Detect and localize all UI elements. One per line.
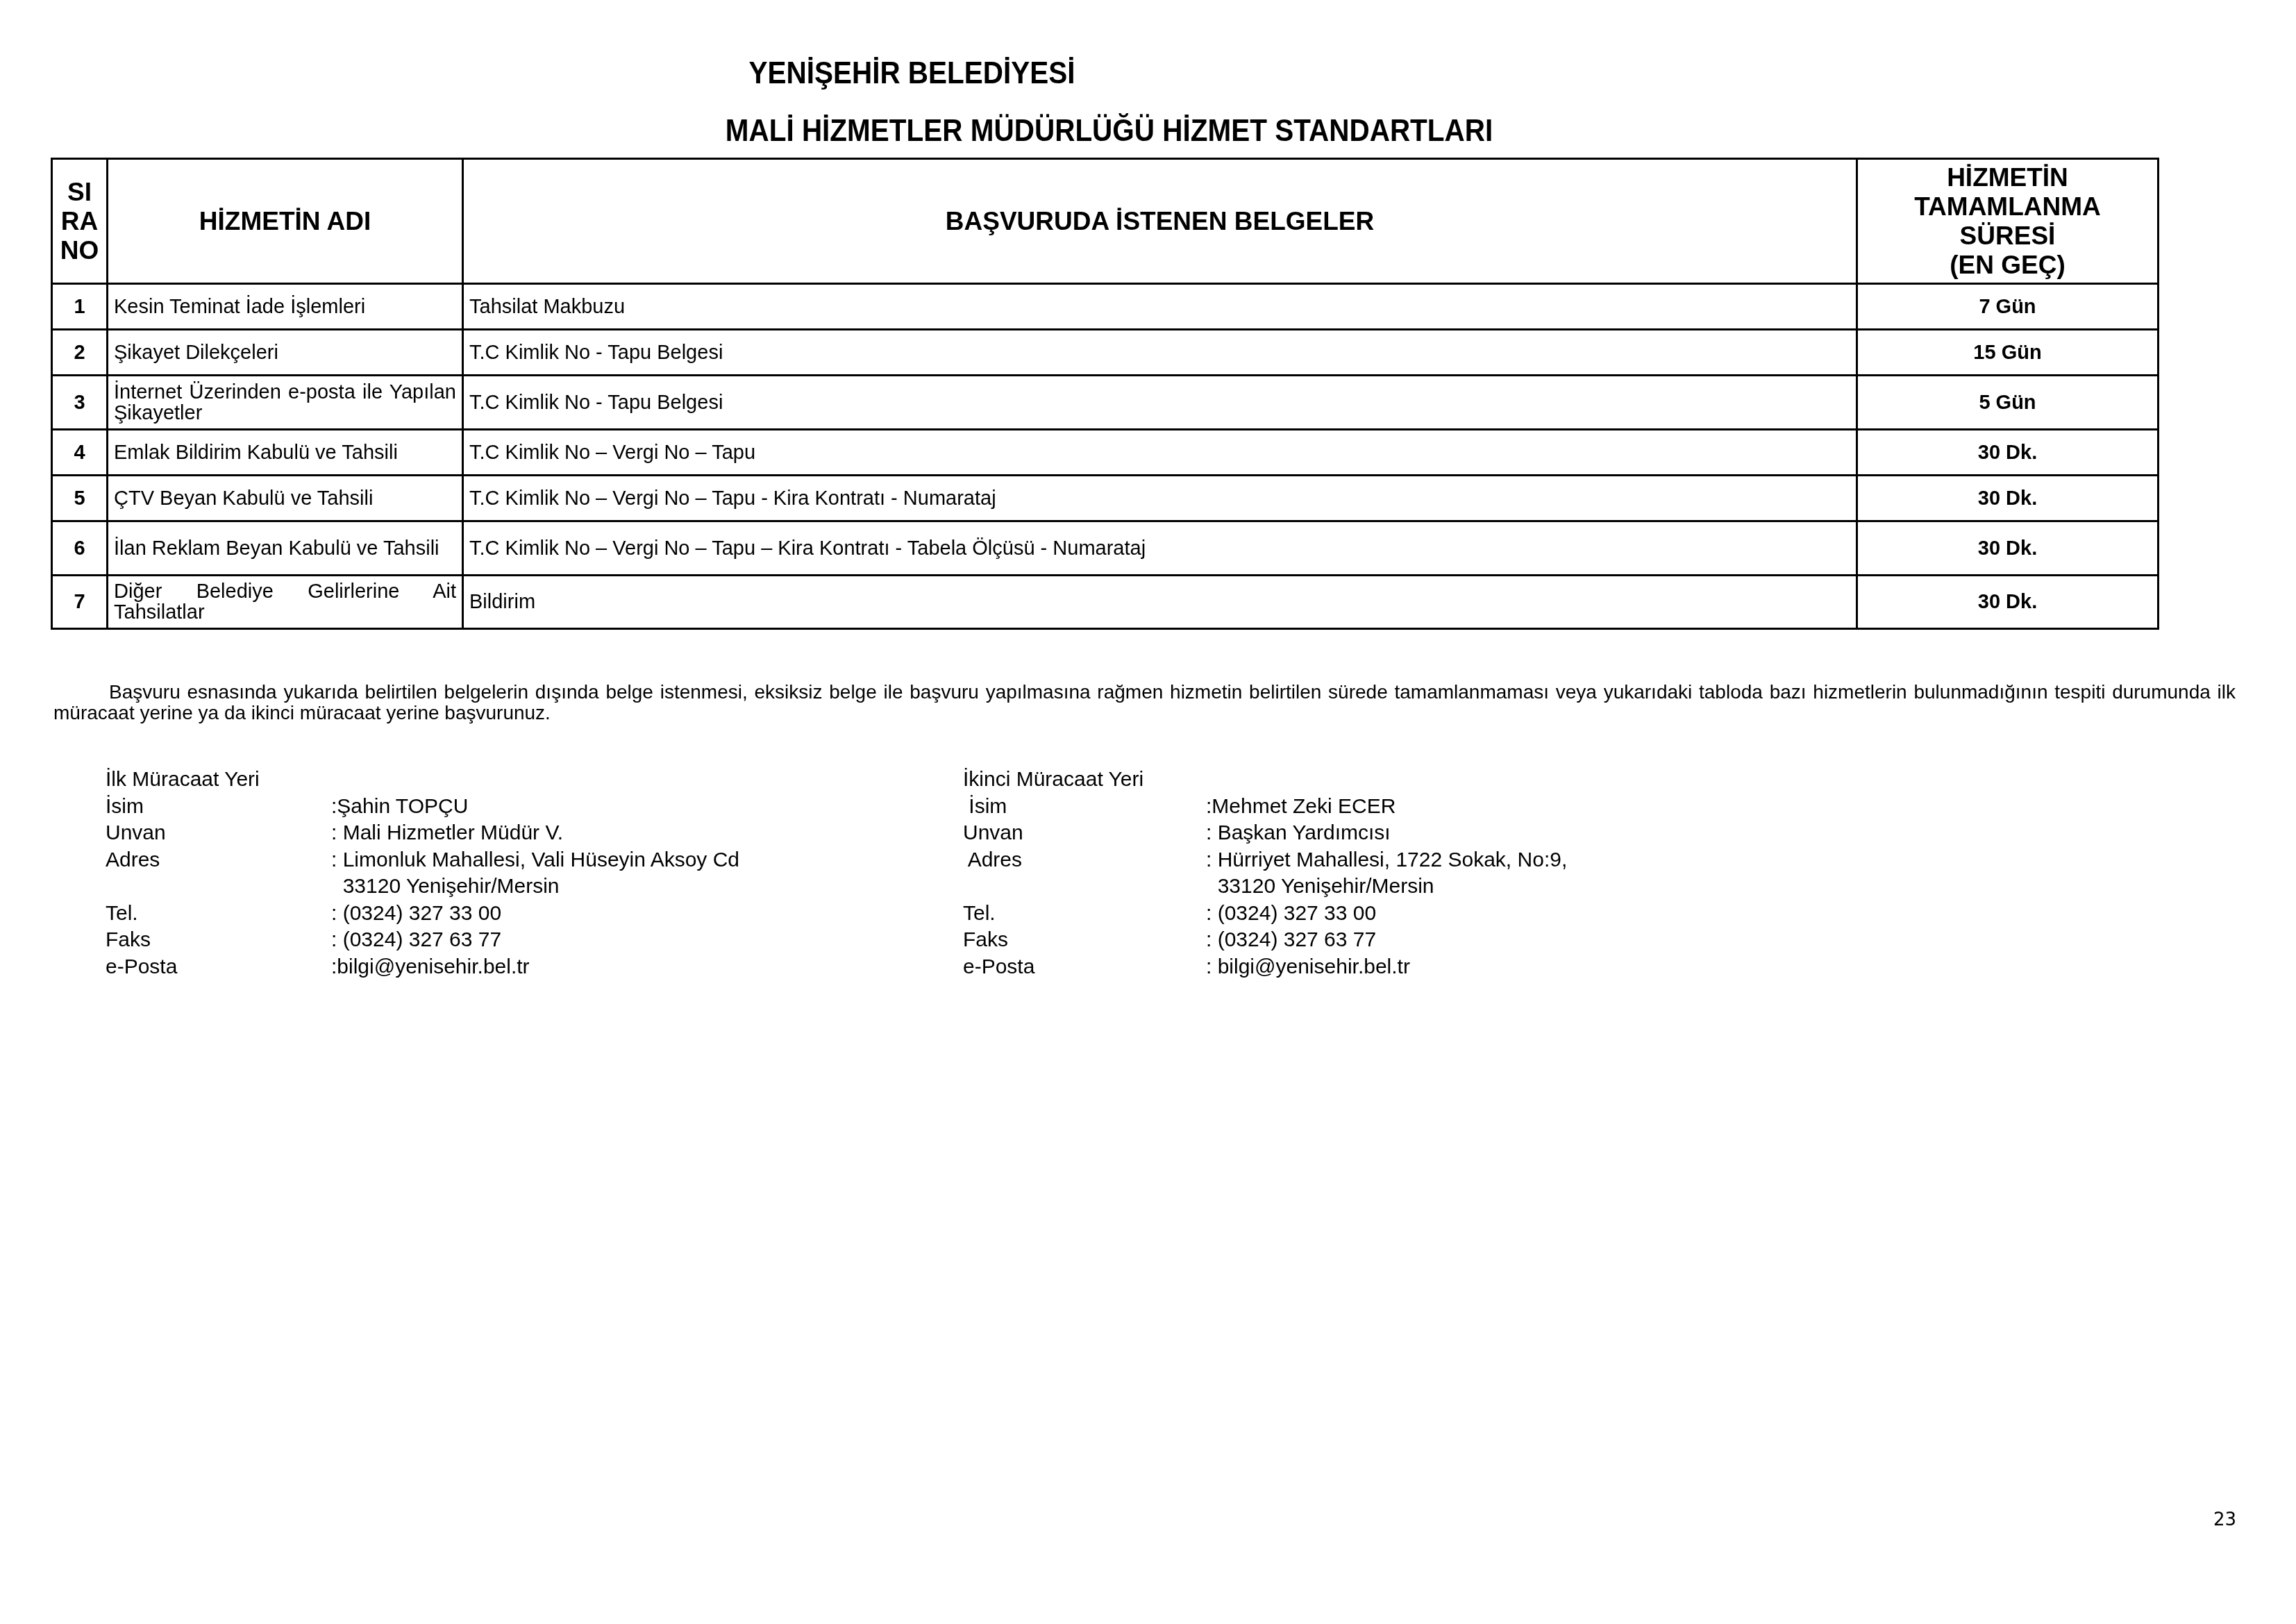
table-row: 1 Kesin Teminat İade İşlemleri Tahsilat … [52, 284, 2159, 330]
field-label: e-Posta [106, 954, 177, 981]
contact-address-line2: 33120 Yenişehir/Mersin [331, 873, 560, 901]
required-documents: T.C Kimlik No – Vergi No – Tapu [463, 430, 1857, 476]
service-name: İnternet Üzerinden e-posta ile Yapılan Ş… [108, 376, 463, 430]
column-header-duration: HİZMETİN TAMAMLANMA SÜRESİ (EN GEÇ) [1857, 159, 2159, 284]
column-header-service-name: HİZMETİN ADI [108, 159, 463, 284]
contact-title: : Başkan Yardımcısı [1206, 820, 1391, 847]
contact-title: : Mali Hizmetler Müdür V. [331, 820, 563, 847]
document-subtitle: MALİ HİZMETLER MÜDÜRLÜĞÜ HİZMET STANDART… [53, 116, 2165, 147]
service-standards-table: SI RA NO HİZMETİN ADI BAŞVURUDA İSTENEN … [51, 158, 2159, 630]
completion-duration: 30 Dk. [1857, 430, 2159, 476]
field-label: Tel. [963, 901, 996, 928]
contact-phone: : (0324) 327 33 00 [331, 901, 501, 928]
column-header-documents: BAŞVURUDA İSTENEN BELGELER [463, 159, 1857, 284]
service-name: Diğer Belediye Gelirlerine Ait Tahsilatl… [108, 576, 463, 629]
contact-name: :Mehmet Zeki ECER [1206, 794, 1396, 821]
required-documents: T.C Kimlik No – Vergi No – Tapu – Kira K… [463, 521, 1857, 576]
table-row: 6 İlan Reklam Beyan Kabulü ve Tahsili T.… [52, 521, 2159, 576]
field-label: Faks [963, 927, 1008, 954]
field-label: e-Posta [963, 954, 1034, 981]
field-label: İsim [963, 794, 1007, 821]
column-header-sira-no: SI RA NO [52, 159, 108, 284]
required-documents: Tahsilat Makbuzu [463, 284, 1857, 330]
field-label: Tel. [106, 901, 138, 928]
row-number: 2 [52, 330, 108, 376]
header-line: HİZMETİN [1863, 163, 2152, 192]
service-name: İlan Reklam Beyan Kabulü ve Tahsili [108, 521, 463, 576]
completion-duration: 7 Gün [1857, 284, 2159, 330]
field-label: Faks [106, 927, 151, 954]
contact-fax: : (0324) 327 63 77 [1206, 927, 1376, 954]
header-line: RA [58, 207, 101, 236]
completion-duration: 5 Gün [1857, 376, 2159, 430]
table-row: 7 Diğer Belediye Gelirlerine Ait Tahsila… [52, 576, 2159, 629]
contact-address-line2: 33120 Yenişehir/Mersin [1206, 873, 1434, 901]
contact-fax: : (0324) 327 63 77 [331, 927, 501, 954]
header-line: SÜRESİ [1863, 221, 2152, 251]
contact-address: : Hürriyet Mahallesi, 1722 Sokak, No:9, [1206, 847, 1567, 874]
table-row: 2 Şikayet Dilekçeleri T.C Kimlik No - Ta… [52, 330, 2159, 376]
service-name: Emlak Bildirim Kabulü ve Tahsili [108, 430, 463, 476]
row-number: 5 [52, 476, 108, 521]
field-label: Adres [963, 847, 1022, 874]
table-row: 4 Emlak Bildirim Kabulü ve Tahsili T.C K… [52, 430, 2159, 476]
contact-name: :Şahin TOPÇU [331, 794, 468, 821]
contact-phone: : (0324) 327 33 00 [1206, 901, 1376, 928]
required-documents: T.C Kimlik No – Vergi No – Tapu - Kira K… [463, 476, 1857, 521]
row-number: 1 [52, 284, 108, 330]
field-label: İsim [106, 794, 144, 821]
row-number: 3 [52, 376, 108, 430]
contact-email[interactable]: :bilgi@yenisehir.bel.tr [331, 954, 530, 981]
header-line: SI [58, 178, 101, 207]
page-number: 23 [2213, 1509, 2236, 1530]
header-line: NO [58, 236, 101, 265]
table-header-row: SI RA NO HİZMETİN ADI BAŞVURUDA İSTENEN … [52, 159, 2159, 284]
field-label: Adres [106, 847, 160, 874]
table-row: 3 İnternet Üzerinden e-posta ile Yapılan… [52, 376, 2159, 430]
contact-email[interactable]: : bilgi@yenisehir.bel.tr [1206, 954, 1410, 981]
service-name: ÇTV Beyan Kabulü ve Tahsili [108, 476, 463, 521]
field-label: Unvan [963, 820, 1023, 847]
required-documents: T.C Kimlik No - Tapu Belgesi [463, 330, 1857, 376]
contact-heading: İlk Müracaat Yeri [106, 767, 260, 794]
service-name: Kesin Teminat İade İşlemleri [108, 284, 463, 330]
service-name: Şikayet Dilekçeleri [108, 330, 463, 376]
contact-heading: İkinci Müracaat Yeri [963, 767, 1143, 794]
contact-address: : Limonluk Mahallesi, Vali Hüseyin Aksoy… [331, 847, 739, 874]
required-documents: T.C Kimlik No - Tapu Belgesi [463, 376, 1857, 430]
table-row: 5 ÇTV Beyan Kabulü ve Tahsili T.C Kimlik… [52, 476, 2159, 521]
completion-duration: 30 Dk. [1857, 521, 2159, 576]
field-label: Unvan [106, 820, 166, 847]
application-note: Başvuru esnasında yukarıda belirtilen be… [53, 682, 2236, 723]
completion-duration: 15 Gün [1857, 330, 2159, 376]
row-number: 6 [52, 521, 108, 576]
completion-duration: 30 Dk. [1857, 476, 2159, 521]
header-line: (EN GEÇ) [1863, 251, 2152, 280]
required-documents: Bildirim [463, 576, 1857, 629]
row-number: 7 [52, 576, 108, 629]
document-title: YENİŞEHİR BELEDİYESİ [0, 58, 1968, 89]
row-number: 4 [52, 430, 108, 476]
completion-duration: 30 Dk. [1857, 576, 2159, 629]
header-line: TAMAMLANMA [1863, 192, 2152, 221]
